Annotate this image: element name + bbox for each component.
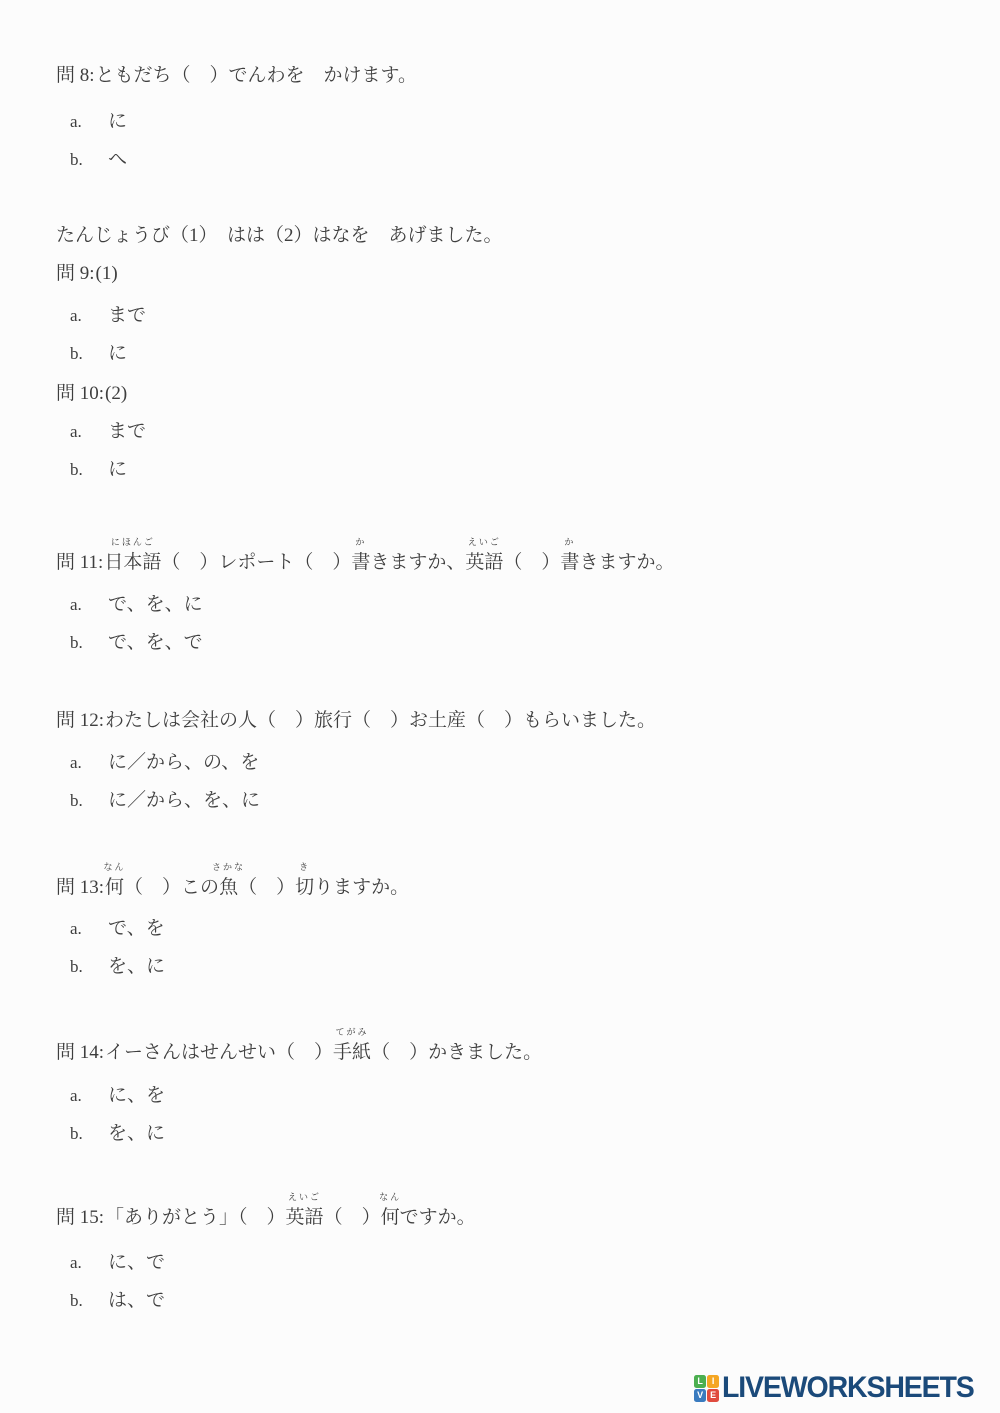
question-number: 問 12: [56, 710, 104, 731]
answer-option-b[interactable]: b.へ [70, 147, 127, 173]
option-letter: b. [70, 341, 108, 367]
furigana: なん [379, 1193, 401, 1202]
segment-text: (1) [96, 263, 118, 284]
text-segment: ですか。 [400, 1205, 476, 1231]
ruby-segment: 日本語にほんご [104, 550, 161, 576]
option-text: に／から、を、に [108, 790, 260, 811]
option-letter: b. [70, 1288, 108, 1314]
text-segment: ともだち（ ）でんわを かけます。 [96, 63, 417, 89]
option-letter: b. [70, 147, 108, 173]
answer-option-a[interactable]: a.に、を [70, 1083, 165, 1109]
segment-text: （ ）この [124, 877, 219, 898]
text-segment: きますか、 [370, 550, 465, 576]
furigana: か [355, 538, 366, 547]
answer-option-a[interactable]: a.まで [70, 419, 146, 445]
segment-text: （ ）レポート（ ） [161, 552, 351, 573]
text-segment: （ ） [503, 550, 560, 576]
option-text: に、を [108, 1085, 165, 1106]
answer-option-a[interactable]: a.で、を [70, 916, 165, 942]
liveworksheets-logo-icon: LIVE [694, 1375, 719, 1402]
question-number: 問 8: [56, 65, 95, 86]
segment-text: ともだち（ ）でんわを かけます。 [96, 65, 417, 86]
option-letter: a. [70, 109, 108, 135]
segment-text: 英語 [465, 552, 503, 573]
ruby-segment: 切き [295, 875, 314, 901]
option-text: で、を [108, 918, 165, 939]
segment-text: （ ） [238, 877, 295, 898]
text-segment: りますか。 [314, 875, 409, 901]
segment-text: りますか。 [314, 877, 409, 898]
option-text: で、を、で [108, 632, 203, 653]
option-text: に [108, 459, 127, 480]
text-segment: （ ） [324, 1205, 381, 1231]
segment-text: 「ありがとう」（ ） [105, 1207, 286, 1228]
option-text: を、に [108, 1123, 165, 1144]
question-prompt: 問 11:日本語にほんご（ ）レポート（ ）書かきますか、英語えいご（ ）書かき… [56, 550, 674, 576]
text-segment: きますか。 [579, 550, 674, 576]
question-prompt: 問 13:何なん（ ）この魚さかな（ ）切きりますか。 [56, 875, 409, 901]
text-segment: （ ）レポート（ ） [161, 550, 351, 576]
furigana: なん [104, 863, 126, 872]
text-segment: （ ） [238, 875, 295, 901]
segment-text: きますか、 [370, 552, 465, 573]
answer-option-b[interactable]: b.を、に [70, 954, 165, 980]
ruby-segment: 手紙てがみ [333, 1040, 371, 1066]
text-segment: (2) [105, 381, 127, 407]
logo-tile-e: E [707, 1389, 719, 1402]
segment-text: 切 [295, 877, 314, 898]
ruby-segment: 英語えいご [286, 1205, 324, 1231]
segment-text: (2) [105, 383, 127, 404]
furigana: てがみ [336, 1028, 369, 1037]
text-segment: 「ありがとう」（ ） [105, 1205, 286, 1231]
option-letter: b. [70, 457, 108, 483]
option-text: に [108, 343, 127, 364]
ruby-segment: 書か [351, 550, 370, 576]
question-prompt: 問 14:イーさんはせんせい（ ）手紙てがみ（ ）かきました。 [56, 1040, 542, 1066]
segment-text: 書 [351, 552, 370, 573]
answer-option-a[interactable]: a.に／から、の、を [70, 750, 259, 776]
ruby-segment: 魚さかな [219, 875, 238, 901]
ruby-segment: 何なん [105, 875, 124, 901]
option-text: へ [108, 149, 127, 170]
segment-text: 何 [105, 877, 124, 898]
furigana: えいご [468, 538, 501, 547]
segment-text: 英語 [286, 1207, 324, 1228]
segment-text: 何 [381, 1207, 400, 1228]
option-letter: b. [70, 1121, 108, 1147]
option-letter: b. [70, 630, 108, 656]
answer-option-b[interactable]: b.に／から、を、に [70, 788, 260, 814]
furigana: き [299, 863, 310, 872]
text-segment: わたしは会社の人（ ）旅行（ ）お土産（ ）もらいました。 [105, 708, 656, 734]
option-text: で、を、に [108, 594, 203, 615]
option-letter: a. [70, 592, 108, 618]
answer-option-b[interactable]: b.は、で [70, 1288, 165, 1314]
ruby-segment: 英語えいご [465, 550, 503, 576]
segment-text: わたしは会社の人（ ）旅行（ ）お土産（ ）もらいました。 [105, 710, 656, 731]
segment-text: （ ）かきました。 [371, 1042, 542, 1063]
ruby-segment: 何なん [381, 1205, 400, 1231]
text-segment: (1) [96, 261, 118, 287]
option-text: は、で [108, 1290, 165, 1311]
option-letter: a. [70, 1083, 108, 1109]
answer-option-b[interactable]: b.で、を、で [70, 630, 203, 656]
answer-option-a[interactable]: a.に [70, 109, 127, 135]
question-prompt: 問 8:ともだち（ ）でんわを かけます。 [56, 63, 417, 89]
liveworksheets-footer: LIVE LIVEWORKSHEETS [694, 1371, 987, 1405]
question-number: 問 10: [56, 383, 104, 404]
text-segment: イーさんはせんせい（ ） [105, 1040, 333, 1066]
text-segment: （ ）この [124, 875, 219, 901]
option-letter: a. [70, 303, 108, 329]
segment-text: （ ） [324, 1207, 381, 1228]
answer-option-a[interactable]: a.まで [70, 303, 146, 329]
context-sentence: たんじょうび（1） はは（2）はなを あげました。 [56, 223, 503, 249]
question-prompt: 問 9:(1) [56, 261, 118, 287]
segment-text: 手紙 [333, 1042, 371, 1063]
question-number: 問 9: [56, 263, 95, 284]
ruby-segment: 書か [560, 550, 579, 576]
question-number: 問 14: [56, 1042, 104, 1063]
question-prompt: 問 15:「ありがとう」（ ）英語えいご（ ）何なんですか。 [56, 1205, 476, 1231]
option-letter: a. [70, 419, 108, 445]
option-letter: b. [70, 954, 108, 980]
option-text: に、で [108, 1252, 165, 1273]
option-text: まで [108, 305, 146, 326]
segment-text: ですか。 [400, 1207, 476, 1228]
answer-option-a[interactable]: a.で、を、に [70, 592, 203, 618]
question-number: 問 13: [56, 877, 104, 898]
option-letter: a. [70, 1250, 108, 1276]
text-segment: （ ）かきました。 [371, 1040, 542, 1066]
question-number: 問 15: [56, 1207, 104, 1228]
segment-text: イーさんはせんせい（ ） [105, 1042, 333, 1063]
option-text: に [108, 111, 127, 132]
logo-tile-i: I [707, 1375, 719, 1388]
question-prompt: 問 12:わたしは会社の人（ ）旅行（ ）お土産（ ）もらいました。 [56, 708, 656, 734]
answer-option-b[interactable]: b.に [70, 341, 127, 367]
option-text: に／から、の、を [108, 752, 259, 773]
segment-text: たんじょうび（1） はは（2）はなを あげました。 [56, 225, 503, 246]
furigana: にほんご [111, 538, 155, 547]
option-letter: a. [70, 750, 108, 776]
segment-text: 書 [560, 552, 579, 573]
segment-text: （ ） [503, 552, 560, 573]
segment-text: きますか。 [579, 552, 674, 573]
logo-tile-v: V [694, 1389, 706, 1402]
option-text: を、に [108, 956, 165, 977]
question-number: 問 11: [56, 552, 103, 573]
option-letter: a. [70, 916, 108, 942]
text-segment: たんじょうび（1） はは（2）はなを あげました。 [56, 223, 503, 249]
question-prompt: 問 10:(2) [56, 381, 127, 407]
answer-option-b[interactable]: b.を、に [70, 1121, 165, 1147]
furigana: さかな [212, 863, 245, 872]
furigana: えいご [288, 1193, 321, 1202]
furigana: か [564, 538, 575, 547]
answer-option-b[interactable]: b.に [70, 457, 127, 483]
option-letter: b. [70, 788, 108, 814]
segment-text: 魚 [219, 877, 238, 898]
segment-text: 日本語 [104, 552, 161, 573]
option-text: まで [108, 421, 146, 442]
brand-wordmark: LIVEWORKSHEETS [722, 1371, 974, 1405]
answer-option-a[interactable]: a.に、で [70, 1250, 165, 1276]
logo-tile-l: L [694, 1375, 706, 1388]
